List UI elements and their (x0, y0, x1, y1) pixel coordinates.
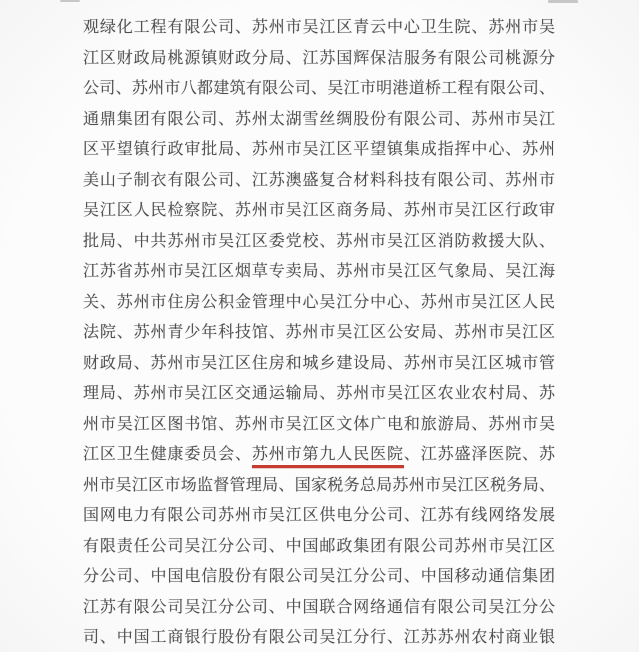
document-line: 理局、苏州市吴江区交通运输局、苏州市吴江区农业农村局、苏 (83, 379, 555, 410)
document-line: 区平望镇行政审批局、苏州市吴江区平望镇集成指挥中心、苏州 (83, 135, 555, 166)
document-line: 国网电力有限公司苏州市吴江区供电分公司、江苏有线网络发展 (83, 501, 555, 532)
document-line-segment: 江区卫生健康委员会、 (83, 446, 252, 463)
document-line: 司、中国工商银行股份有限公司吴江分行、江苏苏州农村商业银 (83, 623, 555, 652)
document-line: 美山子制衣有限公司、江苏澳盛复合材料科技有限公司、苏州市 (83, 166, 555, 197)
document-line: 州市吴江区图书馆、苏州市吴江区文体广电和旅游局、苏州市吴 (83, 410, 555, 441)
document-line: 法院、苏州青少年科技馆、苏州市吴江区公安局、苏州市吴江区 (83, 318, 555, 349)
document-line: 江区财政局桃源镇财政分局、江苏国辉保洁服务有限公司桃源分 (83, 44, 555, 75)
document-line: 江苏有限公司吴江分公司、中国联合网络通信有限公司吴江分公 (83, 593, 555, 624)
document-line: 有限责任公司吴江分公司、中国邮政集团有限公司苏州市吴江区 (83, 532, 555, 563)
document-line: 批局、中共苏州市吴江区委党校、苏州市吴江区消防救援大队、 (83, 227, 555, 258)
document-line: 公司、苏州市八都建筑有限公司、吴江市明港道桥工程有限公司、 (83, 74, 555, 105)
document-line: 分公司、中国电信股份有限公司吴江分公司、中国移动通信集团 (83, 562, 555, 593)
document-body: 观绿化工程有限公司、苏州市吴江区青云中心卫生院、苏州市吴 江区财政局桃源镇财政分… (83, 13, 555, 652)
document-line-with-annotation: 江区卫生健康委员会、苏州市第九人民医院、江苏盛泽医院、苏 (83, 440, 555, 471)
scan-artifact-top-left (60, 0, 80, 2)
document-line: 江苏省苏州市吴江区烟草专卖局、苏州市吴江区气象局、吴江海 (83, 257, 555, 288)
scanned-page: 观绿化工程有限公司、苏州市吴江区青云中心卫生院、苏州市吴 江区财政局桃源镇财政分… (0, 0, 639, 652)
document-line: 关、苏州市住房公积金管理中心吴江分中心、苏州市吴江区人民 (83, 288, 555, 319)
document-line: 观绿化工程有限公司、苏州市吴江区青云中心卫生院、苏州市吴 (83, 13, 555, 44)
document-line-segment: 、江苏盛泽医院、苏 (404, 446, 555, 463)
document-line: 通鼎集团有限公司、苏州太湖雪丝绸股份有限公司、苏州市吴江 (83, 105, 555, 136)
document-line: 吴江区人民检察院、苏州市吴江区商务局、苏州市吴江区行政审 (83, 196, 555, 227)
scan-artifact-top-right (548, 0, 578, 3)
document-line: 州市吴江区市场监督管理局、国家税务总局苏州市吴江区税务局、 (83, 471, 555, 502)
document-line: 财政局、苏州市吴江区住房和城乡建设局、苏州市吴江区城市管 (83, 349, 555, 380)
red-underline-annotation: 苏州市第九人民医院 (252, 446, 404, 468)
